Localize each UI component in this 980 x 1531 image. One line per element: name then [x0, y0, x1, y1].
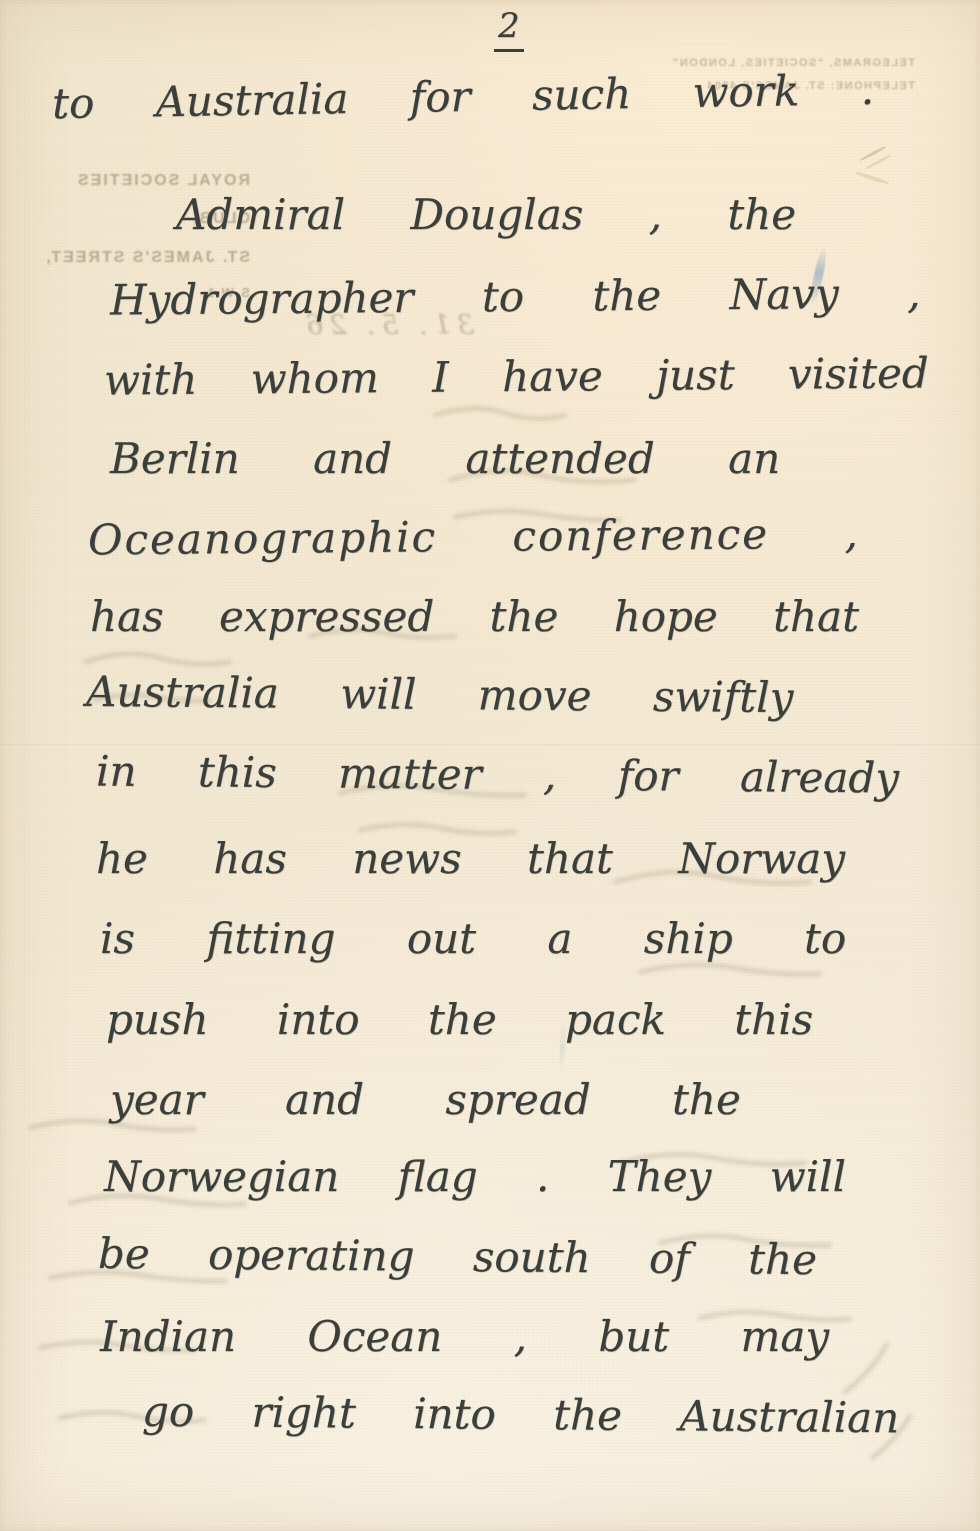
bleedthrough-letterhead-street: ST. JAMES'S STREET,: [28, 239, 250, 277]
handwriting-line: to Australia for such work .: [52, 65, 875, 128]
handwriting-line: he has news that Norway: [96, 834, 845, 883]
page-number: 2: [494, 6, 524, 52]
handwriting-line: go right into the Australian: [142, 1387, 900, 1443]
handwriting-line: push into the pack this: [106, 995, 813, 1044]
handwriting-line: year and spread the: [110, 1075, 741, 1124]
handwriting-line: Australia will move swiftly: [86, 667, 794, 722]
handwriting-line: with whom I have just visited: [104, 348, 929, 404]
handwriting-line: Indian Ocean , but may: [100, 1312, 829, 1361]
handwriting-line: Norwegian flag . They will: [104, 1152, 846, 1201]
handwriting-line: Oceanographic conference ,: [88, 509, 860, 565]
handwriting-line: be operating south of the: [98, 1229, 817, 1284]
handwriting-line: Hydrographer to the Navy ,: [110, 268, 921, 324]
handwriting-line: Admiral Douglas , the: [176, 190, 796, 239]
paper-scuff-mark: [850, 146, 900, 208]
handwriting-line: has expressed the hope that: [90, 592, 859, 641]
handwriting-line: is fitting out a ship to: [100, 914, 846, 963]
letter-page: ROYAL SOCIETIES CLUB, ST. JAMES'S STREET…: [0, 0, 980, 1531]
handwriting-line: Berlin and attended an: [110, 434, 780, 483]
handwriting-line: in this matter , for already: [96, 746, 899, 802]
